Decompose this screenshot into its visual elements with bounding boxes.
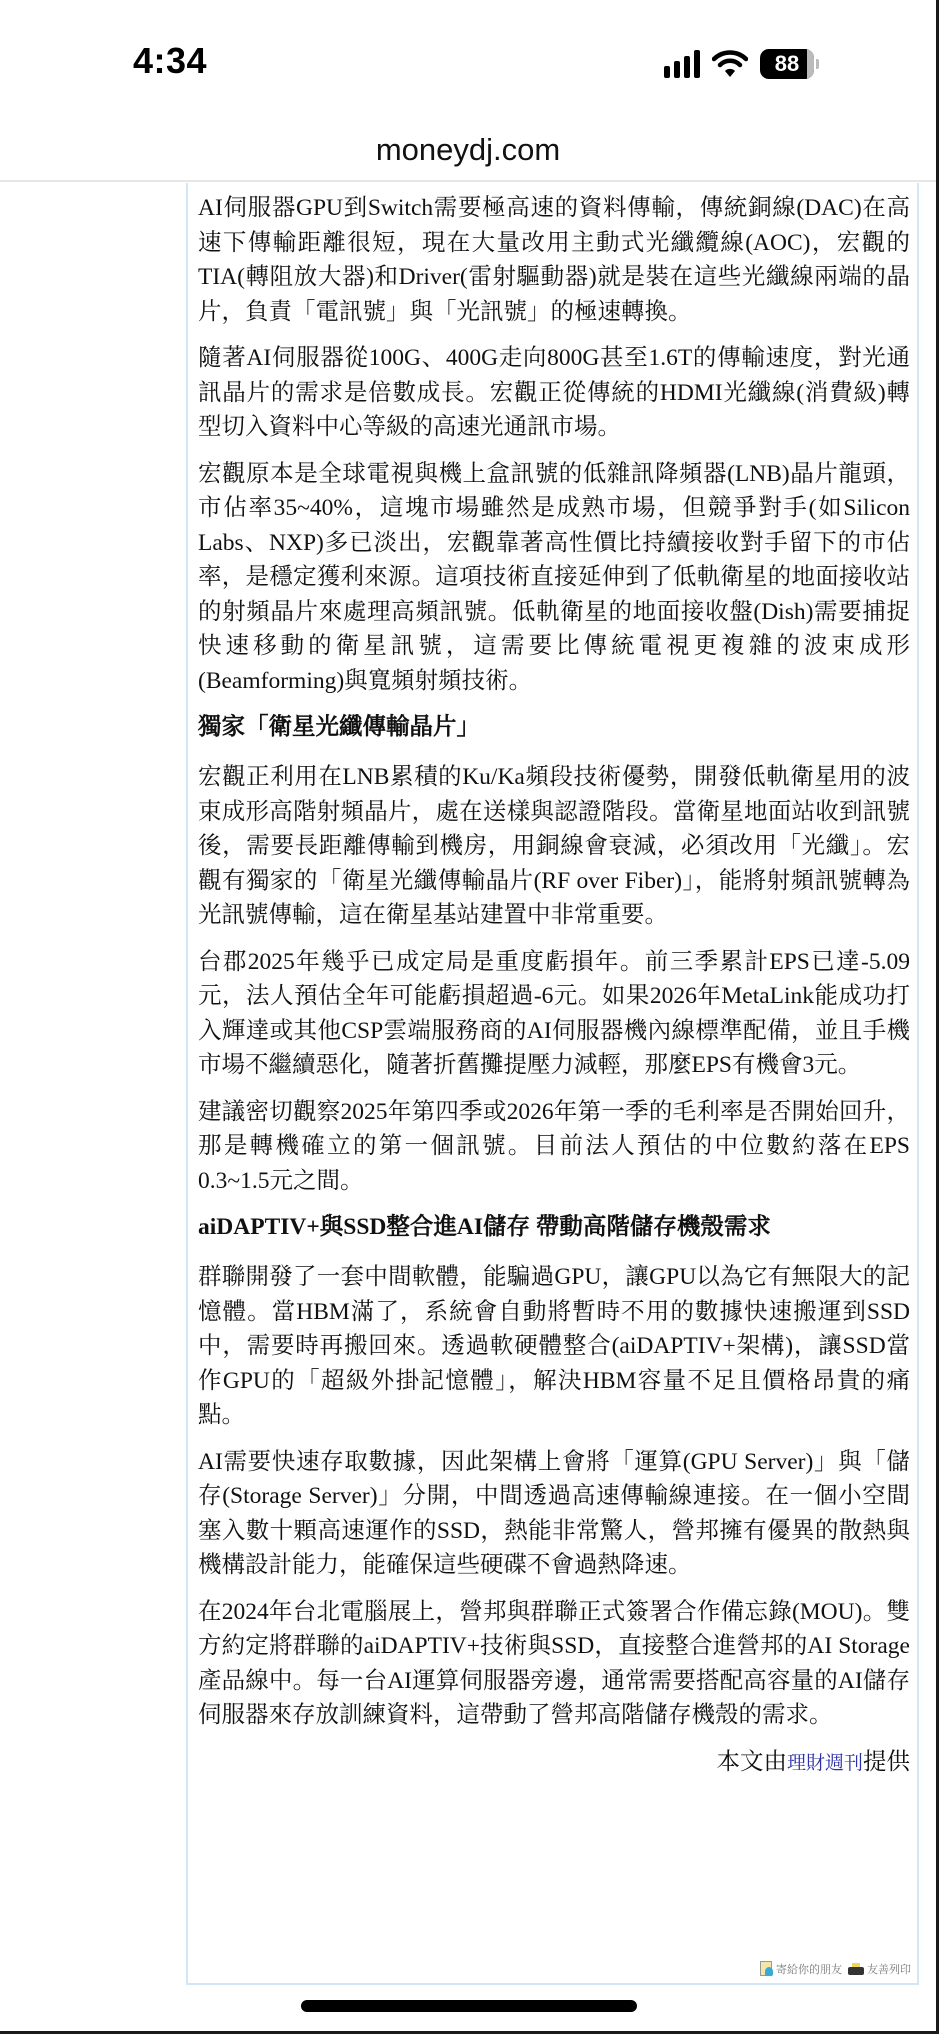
home-indicator[interactable] — [301, 2000, 637, 2012]
url-bar[interactable]: moneydj.com — [0, 120, 936, 182]
article-paragraph: 隨著AI伺服器從100G、400G走向800G甚至1.6T的傳輸速度，對光通訊晶… — [198, 341, 910, 445]
share-mail-icon — [760, 1961, 773, 1977]
article-paragraph: 在2024年台北電腦展上，營邦與群聯正式簽署合作備忘錄(MOU)。雙方約定將群聯… — [198, 1595, 910, 1733]
status-bar: 4:34 88 — [0, 0, 936, 120]
article-frame: AI伺服器GPU到Switch需要極高速的資料傳輸，傳統銅線(DAC)在高速下傳… — [186, 183, 919, 1985]
article-paragraph: AI需要快速存取數據，因此架構上會將「運算(GPU Server)」與「儲存(S… — [198, 1445, 910, 1583]
share-label: 寄給你的朋友 — [776, 1961, 842, 1977]
battery-icon: 88 — [760, 49, 819, 79]
article-paragraph: 群聯開發了一套中間軟體，能騙過GPU，讓GPU以為它有無限大的記憶體。當HBM滿… — [198, 1260, 910, 1433]
article-attribution: 本文由理財週刊提供 — [198, 1745, 910, 1781]
url-text[interactable]: moneydj.com — [376, 132, 560, 168]
printer-icon — [848, 1963, 864, 1976]
article-paragraph: 建議密切觀察2025年第四季或2026年第一季的毛利率是否開始回升，那是轉機確立… — [198, 1095, 910, 1199]
status-icons: 88 — [664, 46, 819, 82]
article-paragraph: AI伺服器GPU到Switch需要極高速的資料傳輸，傳統銅線(DAC)在高速下傳… — [198, 191, 910, 329]
attribution-prefix: 本文由 — [716, 1749, 787, 1775]
section-heading: aiDAPTIV+與SSD整合進AI儲存 帶動高階儲存機殼需求 — [198, 1210, 910, 1244]
section-heading: 獨家「衛星光纖傳輸晶片」 — [198, 710, 910, 744]
article-footer: 寄給你的朋友 友善列印 — [760, 1961, 911, 1977]
article-paragraph: 台郡2025年幾乎已成定局是重度虧損年。前三季累計EPS已達-5.09元，法人預… — [198, 945, 910, 1083]
share-with-friend-link[interactable]: 寄給你的朋友 — [760, 1961, 842, 1977]
source-link[interactable]: 理財週刊 — [787, 1753, 863, 1774]
wifi-icon — [712, 50, 748, 78]
article-body: AI伺服器GPU到Switch需要極高速的資料傳輸，傳統銅線(DAC)在高速下傳… — [198, 191, 910, 1781]
article-paragraph: 宏觀正利用在LNB累積的Ku/Ka頻段技術優勢，開發低軌衛星用的波束成形高階射頻… — [198, 760, 910, 933]
battery-level: 88 — [775, 51, 799, 77]
print-friendly-link[interactable]: 友善列印 — [848, 1961, 911, 1977]
signal-icon — [664, 50, 700, 78]
status-time: 4:34 — [133, 40, 207, 82]
print-label: 友善列印 — [867, 1961, 911, 1977]
article-paragraph: 宏觀原本是全球電視與機上盒訊號的低雜訊降頻器(LNB)晶片龍頭，市佔率35~40… — [198, 457, 910, 699]
attribution-suffix: 提供 — [863, 1749, 910, 1775]
